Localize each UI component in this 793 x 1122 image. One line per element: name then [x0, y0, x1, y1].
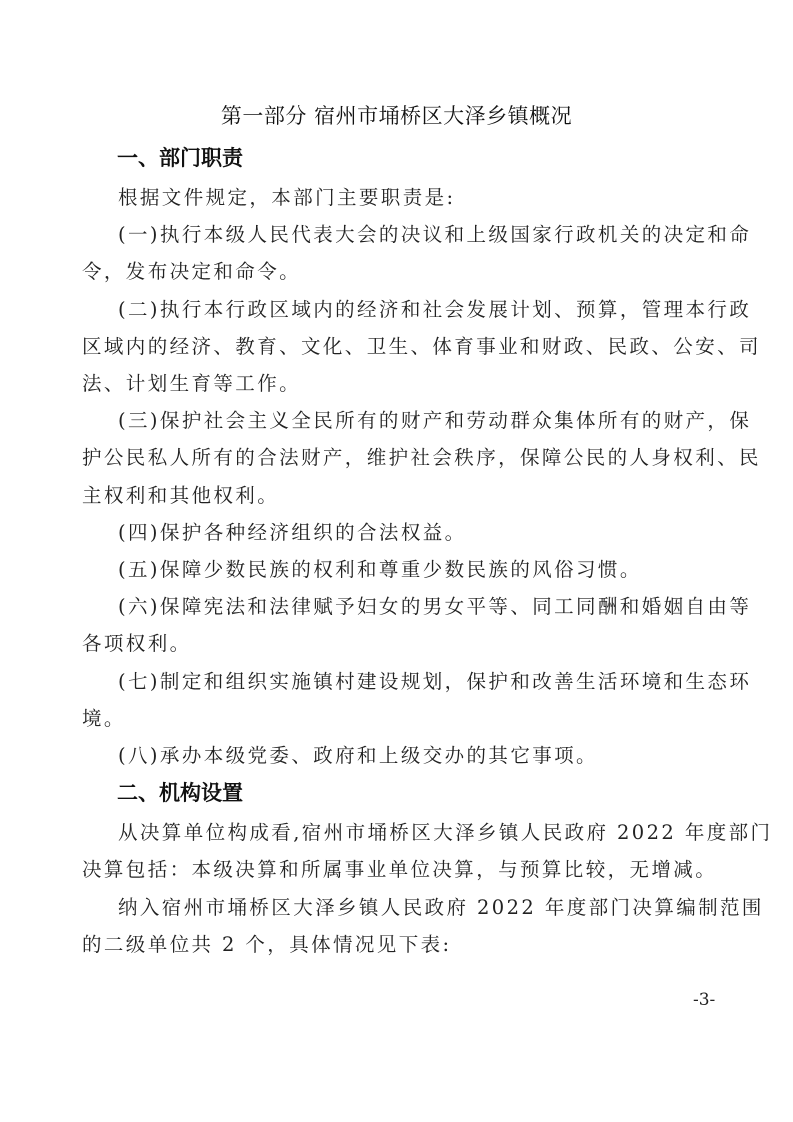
- paragraph-line: 令，发布决定和命令。: [82, 256, 301, 284]
- paragraph-line: 根据文件规定，本部门主要职责是:: [118, 182, 455, 210]
- document-page: 第一部分 宿州市埇桥区大泽乡镇概况 一、部门职责 根据文件规定，本部门主要职责是…: [0, 0, 793, 1122]
- page-number: -3-: [693, 990, 715, 1010]
- paragraph-line: (一)执行本级人民代表大会的决议和上级国家行政机关的决定和命: [118, 219, 751, 247]
- paragraph-line: (四)保护各种经济组织的合法权益。: [118, 517, 467, 545]
- paragraph-line: 护公民私人所有的合法财产，维护社会秩序，保障公民的人身权利、民: [82, 442, 761, 470]
- paragraph-line: 各项权利。: [82, 628, 192, 656]
- paragraph-line: (二)执行本行政区域内的经济和社会发展计划、预算，管理本行政: [118, 294, 751, 322]
- paragraph-line: 主权利和其他权利。: [82, 480, 279, 508]
- section-heading-duties: 一、部门职责: [117, 142, 243, 172]
- paragraph-line: (七)制定和组织实施镇村建设规划，保护和改善生活环境和生态环: [118, 666, 751, 694]
- paragraph-line: 法、计划生育等工作。: [82, 368, 301, 396]
- paragraph-line: (三)保护社会主义全民所有的财产和劳动群众集体所有的财产，保: [118, 405, 751, 433]
- paragraph-line: 从决算单位构成看,宿州市埇桥区大泽乡镇人民政府 2022 年度部门: [118, 817, 772, 845]
- paragraph-line: (八)承办本级党委、政府和上级交办的其它事项。: [118, 740, 598, 768]
- page-title: 第一部分 宿州市埇桥区大泽乡镇概况: [0, 100, 793, 130]
- paragraph-line: 境。: [82, 703, 126, 731]
- paragraph-line: 纳入宿州市埇桥区大泽乡镇人民政府 2022 年度部门决算编制范围: [118, 892, 764, 920]
- paragraph-line: 决算包括：本级决算和所属事业单位决算，与预算比较，无增减。: [82, 854, 717, 882]
- paragraph-line: 的二级单位共 2 个，具体情况见下表:: [82, 929, 451, 957]
- paragraph-line: 区域内的经济、教育、文化、卫生、体育事业和财政、民政、公安、司: [82, 331, 761, 359]
- paragraph-line: (六)保障宪法和法律赋予妇女的男女平等、同工同酬和婚姻自由等: [118, 591, 751, 619]
- section-heading-organization: 二、机构设置: [117, 777, 243, 807]
- paragraph-line: (五)保障少数民族的权利和尊重少数民族的风俗习惯。: [118, 554, 642, 582]
